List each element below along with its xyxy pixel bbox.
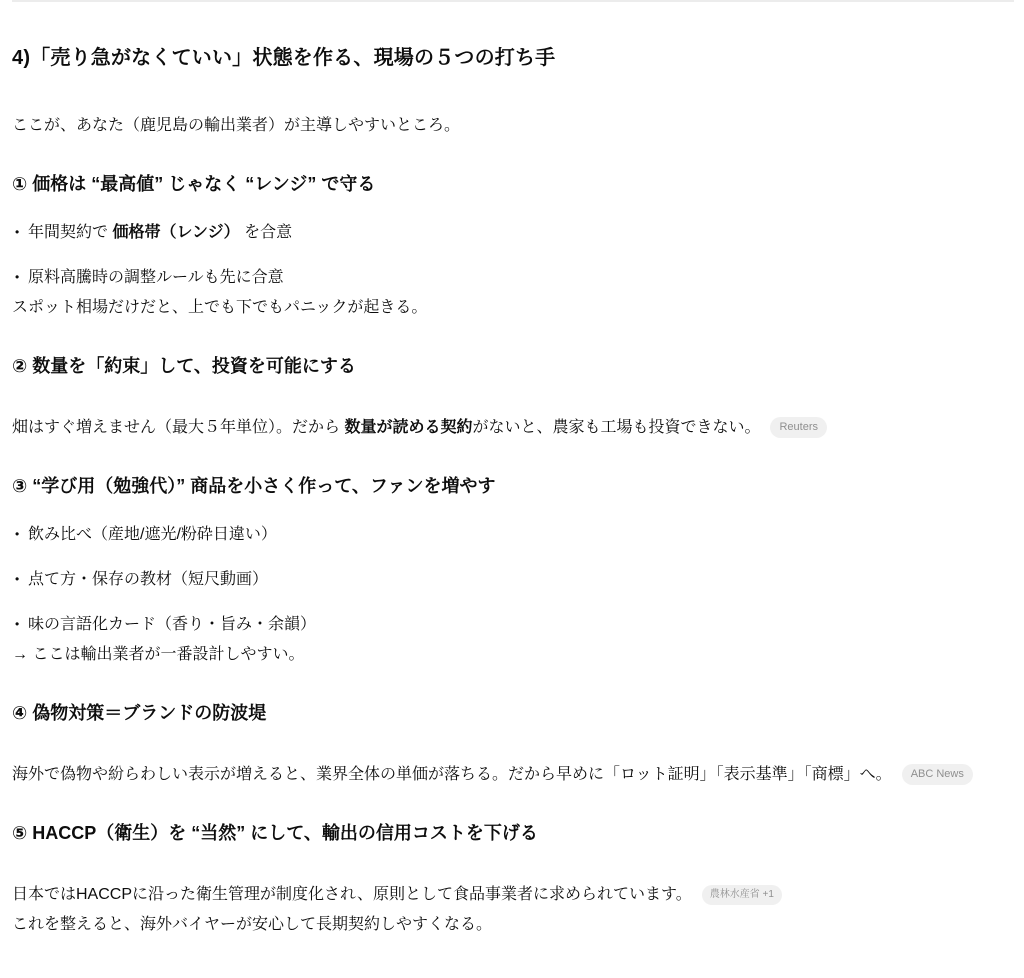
bullet-text: 飲み比べ（産地/遮光/粉砕日違い） [28, 526, 277, 543]
section-heading-1: ① 価格は “最高値” じゃなく “レンジ” で守る [12, 171, 1012, 197]
section1-bullet-list: 年間契約で 価格帯（レンジ） を合意 原料高騰時の調整ルールも先に合意 [12, 220, 1012, 290]
list-item: 年間契約で 価格帯（レンジ） を合意 [12, 220, 1012, 245]
paragraph-text: 日本ではHACCPに沿った衛生管理が制度化され、原則として食品事業者に求められて… [12, 886, 692, 903]
section4-paragraph: 海外で偽物や紛らわしい表示が増えると、業界全体の単価が落ちる。だから早めに「ロッ… [12, 762, 1012, 787]
list-item: 飲み比べ（産地/遮光/粉砕日違い） [12, 522, 1012, 547]
paragraph-text: 畑はすぐ増えません（最大５年単位）。だから [12, 419, 344, 436]
list-item: 味の言語化カード（香り・旨み・余韻） [12, 612, 1012, 637]
bullet-text-bold: 価格帯（レンジ） [112, 224, 239, 241]
section3-bullet-list: 飲み比べ（産地/遮光/粉砕日違い） 点て方・保存の教材（短尺動画） 味の言語化カ… [12, 522, 1012, 637]
section3-note: → ここは輸出業者が一番設計しやすい。 [12, 642, 1012, 667]
section-heading-5: ⑤ HACCP（衛生）を “当然” にして、輸出の信用コストを下げる [12, 820, 1012, 846]
section-heading-2: ② 数量を「約束」して、投資を可能にする [12, 353, 1012, 379]
main-heading: 4)「売り急がなくていい」状態を作る、現場の５つの打ち手 [12, 44, 1012, 72]
section2-paragraph: 畑はすぐ増えません（最大５年単位）。だから 数量が読める契約がないと、農家も工場… [12, 415, 1012, 440]
section-heading-4: ④ 偽物対策＝ブランドの防波堤 [12, 700, 1012, 726]
section1-note: スポット相場だけだと、上でも下でもパニックが起きる。 [12, 295, 1012, 320]
citation-badge-reuters[interactable]: Reuters [770, 417, 827, 438]
top-divider [12, 0, 1014, 2]
section5-note: これを整えると、海外バイヤーが安心して長期契約しやすくなる。 [12, 912, 1012, 937]
paragraph-text: 海外で偽物や紛らわしい表示が増えると、業界全体の単価が落ちる。だから早めに「ロッ… [12, 766, 892, 783]
section5-paragraph: 日本ではHACCPに沿った衛生管理が制度化され、原則として食品事業者に求められて… [12, 882, 1012, 907]
intro-paragraph: ここが、あなた（鹿児島の輸出業者）が主導しやすいところ。 [12, 113, 1012, 138]
bullet-text: 点て方・保存の教材（短尺動画） [28, 571, 268, 588]
document-body: 4)「売り急がなくていい」状態を作る、現場の５つの打ち手 ここが、あなた（鹿児島… [0, 44, 1024, 937]
bullet-text: 味の言語化カード（香り・旨み・余韻） [28, 616, 316, 633]
paragraph-text: がないと、農家も工場も投資できない。 [472, 419, 760, 436]
paragraph-text-bold: 数量が読める契約 [344, 419, 472, 436]
section-heading-3: ③ “学び用（勉強代）” 商品を小さく作って、ファンを増やす [12, 473, 1012, 499]
bullet-text: を合意 [240, 224, 292, 241]
citation-badge-abc-news[interactable]: ABC News [902, 764, 973, 785]
bullet-text: 原料高騰時の調整ルールも先に合意 [28, 269, 284, 286]
bullet-text: 年間契約で [28, 224, 112, 241]
list-item: 点て方・保存の教材（短尺動画） [12, 567, 1012, 592]
list-item: 原料高騰時の調整ルールも先に合意 [12, 265, 1012, 290]
citation-badge-maff[interactable]: 農林水産省 +1 [702, 885, 782, 905]
